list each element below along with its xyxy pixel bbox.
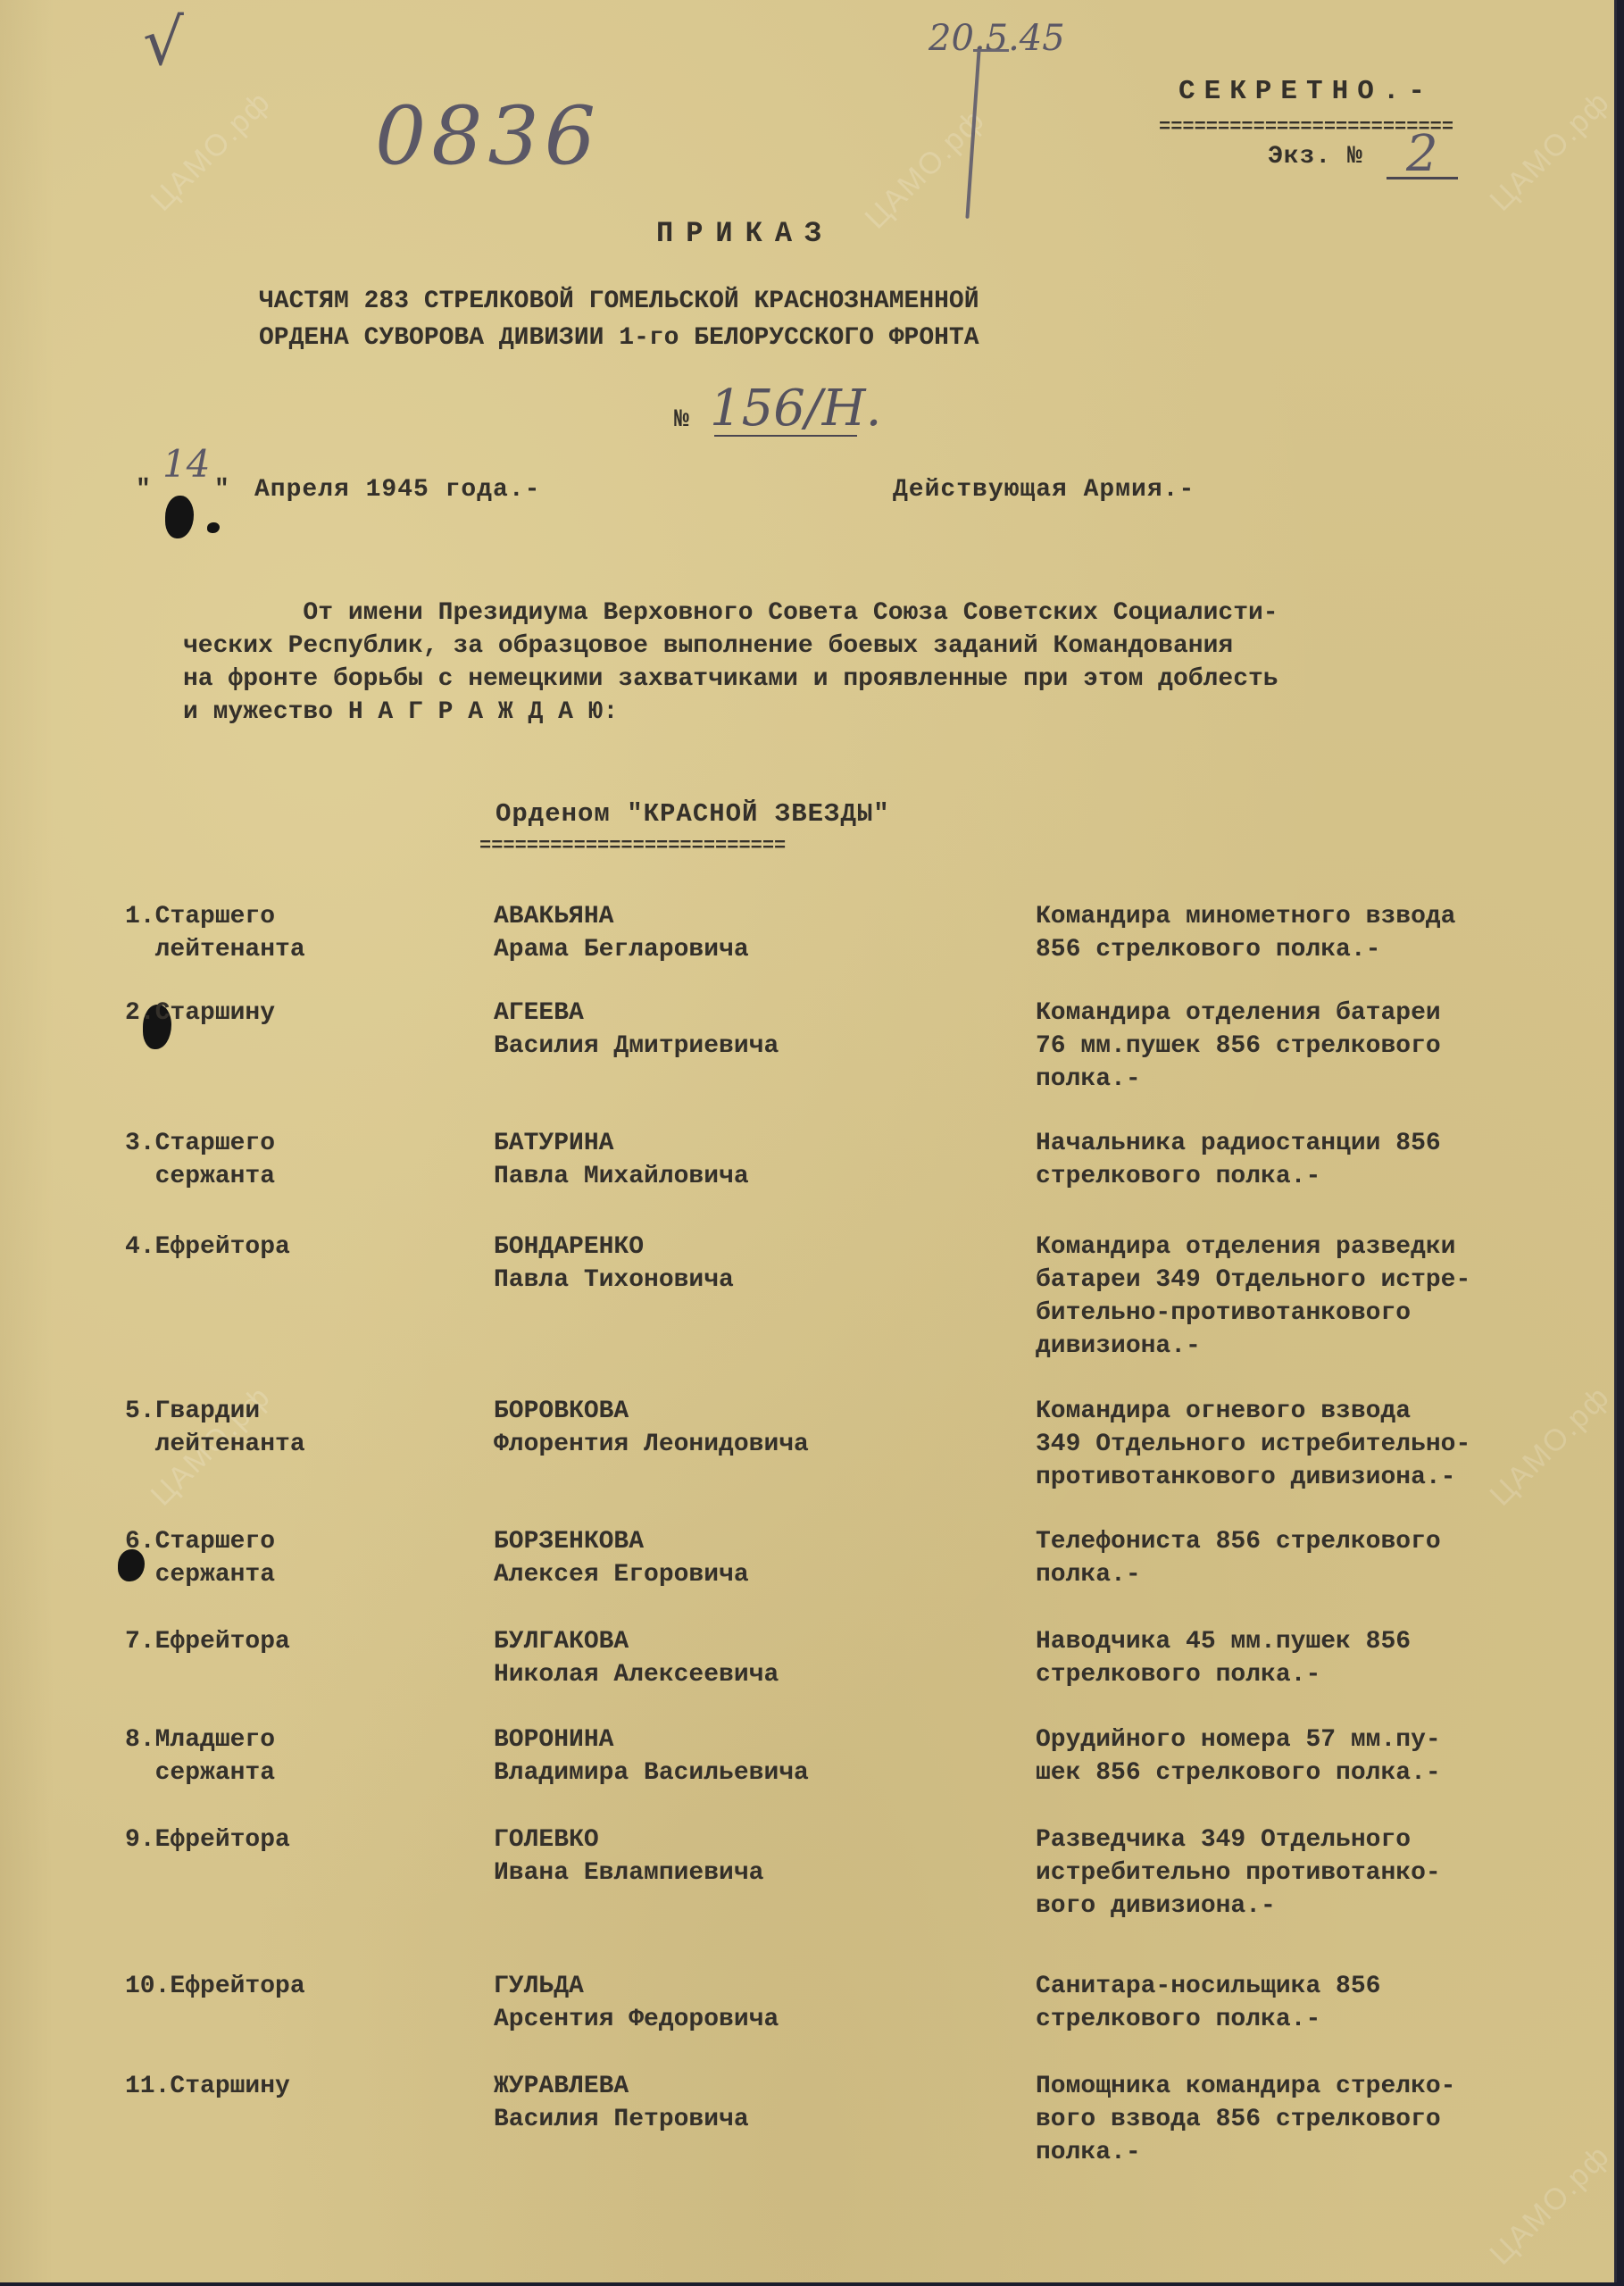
archive-number: 0836 xyxy=(375,89,601,183)
document-page: ЦАМО.рф ЦАМО.рф ЦАМО.рф ЦАМО.рф ЦАМО.рф … xyxy=(0,0,1617,2282)
entry-rank: 4.Ефрейтора xyxy=(125,1231,290,1264)
entry-name: ГУЛЬДА Арсентия Федоровича xyxy=(494,1970,779,2036)
unit-name-line-1: ЧАСТЯМ 283 СТРЕЛКОВОЙ ГОМЕЛЬСКОЙ КРАСНОЗ… xyxy=(259,288,979,315)
entry-name: ЖУРАВЛЕВА Василия Петровича xyxy=(494,2070,749,2136)
watermark: ЦАМО.рф xyxy=(1484,1380,1618,1514)
location-text: Действующая Армия.- xyxy=(893,476,1195,504)
entry-duty: Телефониста 856 стрелкового полка.- xyxy=(1036,1525,1441,1591)
date-close-quote: " xyxy=(214,476,230,504)
entry-rank: 9.Ефрейтора xyxy=(125,1823,290,1856)
document-title: ПРИКАЗ xyxy=(656,217,834,250)
entry-duty: Разведчика 349 Отдельного истребительно … xyxy=(1036,1823,1441,1923)
entry-name: БУЛГАКОВА Николая Алексеевича xyxy=(494,1625,779,1691)
entry-duty: Командира отделения батареи 76 мм.пушек … xyxy=(1036,997,1441,1096)
ink-blot xyxy=(165,496,194,538)
entry-rank: 10.Ефрейтора xyxy=(125,1970,305,2003)
entry-rank: 1.Старшего лейтенанта xyxy=(125,900,305,966)
award-title-rule: ========================== xyxy=(479,835,786,857)
check-mark-icon: √ xyxy=(143,4,184,79)
date-open-quote: " xyxy=(136,476,152,504)
entry-name: ГОЛЕВКО Ивана Евлампиевича xyxy=(494,1823,763,1890)
date-text: Апреля 1945 года.- xyxy=(254,476,540,504)
entry-name: ВОРОНИНА Владимира Васильевича xyxy=(494,1723,809,1790)
order-number-label: № xyxy=(674,406,690,434)
entry-name: АВАКЬЯНА Арама Бегларовича xyxy=(494,900,749,966)
award-title: Орденом "КРАСНОЙ ЗВЕЗДЫ" xyxy=(496,799,890,829)
date-day: 14 xyxy=(162,442,210,486)
entry-name: БОНДАРЕНКО Павла Тихоновича xyxy=(494,1231,734,1297)
entry-name: БОРОВКОВА Флорентия Леонидовича xyxy=(494,1395,809,1461)
entry-duty: Помощника командира стрелко- вого взвода… xyxy=(1036,2070,1455,2169)
watermark: ЦАМО.рф xyxy=(145,85,279,219)
watermark: ЦАМО.рф xyxy=(1484,2139,1618,2273)
copy-number-label: Экз. № xyxy=(1268,143,1363,171)
entry-rank: 11.Старшину xyxy=(125,2070,290,2103)
entry-duty: Командира минометного взвода 856 стрелко… xyxy=(1036,900,1455,966)
entry-duty: Наводчика 45 мм.пушек 856 стрелкового по… xyxy=(1036,1625,1411,1691)
entry-rank: 6.Старшего сержанта xyxy=(125,1525,275,1591)
entry-name: АГЕЕВА Василия Дмитриевича xyxy=(494,997,779,1063)
handwritten-date: 20.5.45 xyxy=(929,18,1065,59)
entry-duty: Санитара-носильщика 856 стрелкового полк… xyxy=(1036,1970,1380,2036)
order-number-underline xyxy=(714,435,857,437)
entry-rank: 8.Младшего сержанта xyxy=(125,1723,275,1790)
entry-duty: Командира отделения разведки батареи 349… xyxy=(1036,1231,1470,1363)
entry-duty: Орудийного номера 57 мм.пу- шек 856 стре… xyxy=(1036,1723,1441,1790)
entry-rank: 7.Ефрейтора xyxy=(125,1625,290,1658)
order-number: 156/Н. xyxy=(710,380,881,438)
entry-duty: Начальника радиостанции 856 стрелкового … xyxy=(1036,1127,1441,1193)
unit-name-line-2: ОРДЕНА СУВОРОВА ДИВИЗИИ 1-го БЕЛОРУССКОГ… xyxy=(259,324,979,352)
entry-duty: Командира огневого взвода 349 Отдельного… xyxy=(1036,1395,1470,1494)
preamble-text: От имени Президиума Верховного Совета Со… xyxy=(183,597,1576,729)
entry-name: БОРЗЕНКОВА Алексея Егоровича xyxy=(494,1525,749,1591)
classification-stamp: СЕКРЕТНО.- xyxy=(1178,76,1434,107)
ink-blot xyxy=(207,522,220,533)
entry-name: БАТУРИНА Павла Михайловича xyxy=(494,1127,749,1193)
entry-rank: 5.Гвардии лейтенанта xyxy=(125,1395,305,1461)
entry-rank: 2.Старшину xyxy=(125,997,275,1030)
entry-rank: 3.Старшего сержанта xyxy=(125,1127,275,1193)
copy-number-underline xyxy=(1387,177,1458,179)
copy-number: 2 xyxy=(1406,125,1438,183)
watermark: ЦАМО.рф xyxy=(1484,85,1618,219)
